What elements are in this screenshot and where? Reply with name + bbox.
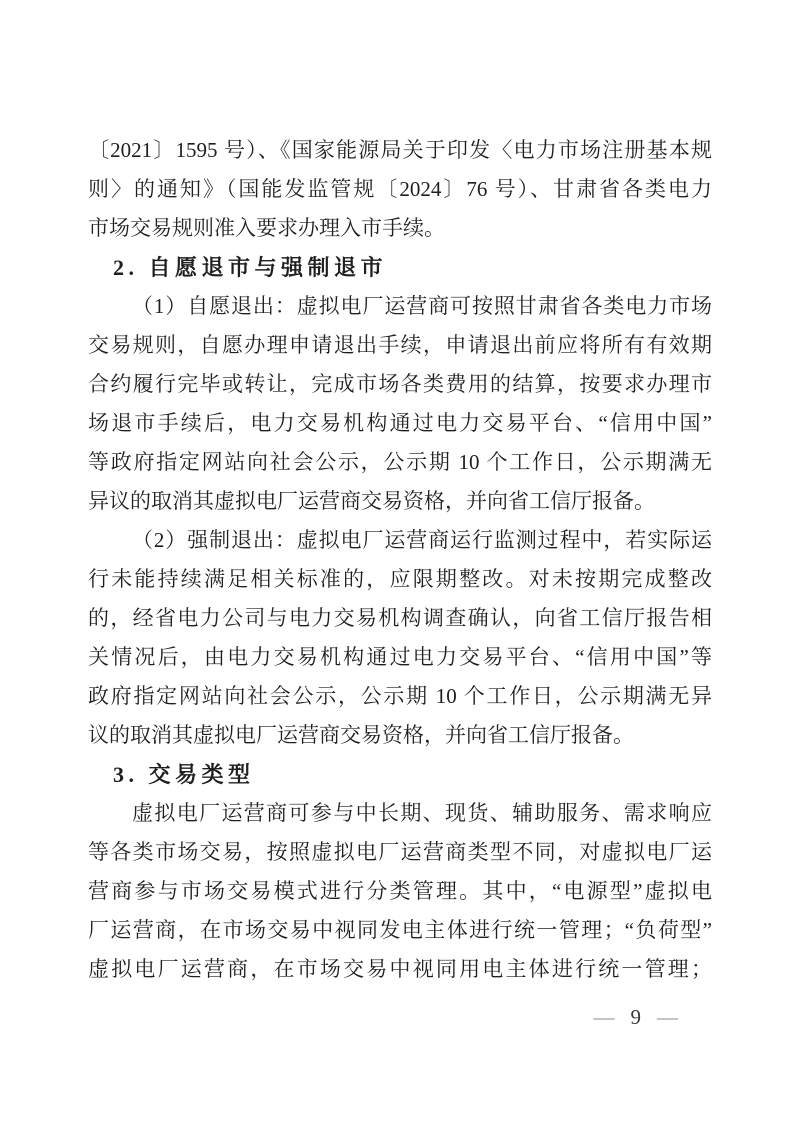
text-line: 政府指定网站向社会公示，公示期 10 个工作日，公示期满无异	[88, 677, 712, 716]
footer-right-dash: —	[657, 1002, 678, 1032]
text-line: 的，经省电力公司与电力交易机构调查确认，向省工信厅报告相	[88, 599, 712, 638]
text-line: 市场交易规则准入要求办理入市手续。	[88, 209, 712, 248]
footer-left-dash: —	[594, 1002, 615, 1032]
text-line: 虚拟电厂运营商，在市场交易中视同用电主体进行统一管理；	[88, 950, 712, 989]
text-line: 交易规则，自愿办理申请退出手续，申请退出前应将所有有效期	[88, 326, 712, 365]
page-footer: — 9 —	[594, 1002, 679, 1032]
document-body-text: 〔2021〕1595 号）、《国家能源局关于印发〈电力市场注册基本规则〉的通知》…	[88, 131, 712, 989]
text-line: 异议的取消其虚拟电厂运营商交易资格，并向省工信厅报备。	[88, 482, 712, 521]
text-line: 等各类市场交易，按照虚拟电厂运营商类型不同，对虚拟电厂运	[88, 833, 712, 872]
text-line: 厂运营商，在市场交易中视同发电主体进行统一管理；“负荷型”	[88, 911, 712, 950]
text-line: 行未能持续满足相关标准的，应限期整改。对未按期完成整改	[88, 560, 712, 599]
section-heading: 3. 交易类型	[88, 755, 712, 794]
text-line: 场退市手续后，电力交易机构通过电力交易平台、“信用中国”	[88, 404, 712, 443]
text-line: 虚拟电厂运营商可参与中长期、现货、辅助服务、需求响应	[88, 794, 712, 833]
text-line: （2）强制退出：虚拟电厂运营商运行监测过程中，若实际运	[88, 521, 712, 560]
text-line: 合约履行完毕或转让，完成市场各类费用的结算，按要求办理市	[88, 365, 712, 404]
text-line: 议的取消其虚拟电厂运营商交易资格，并向省工信厅报备。	[88, 716, 712, 755]
section-heading: 2. 自愿退市与强制退市	[88, 248, 712, 287]
text-line: 等政府指定网站向社会公示，公示期 10 个工作日，公示期满无	[88, 443, 712, 482]
text-line: 关情况后，由电力交易机构通过电力交易平台、“信用中国”等	[88, 638, 712, 677]
text-line: 则〉的通知》（国能发监管规〔2024〕76 号）、甘肃省各类电力	[88, 170, 712, 209]
text-line: （1）自愿退出：虚拟电厂运营商可按照甘肃省各类电力市场	[88, 287, 712, 326]
page-number: 9	[631, 1002, 642, 1032]
document-page: 〔2021〕1595 号）、《国家能源局关于印发〈电力市场注册基本规则〉的通知》…	[0, 0, 800, 1131]
text-line: 〔2021〕1595 号）、《国家能源局关于印发〈电力市场注册基本规	[88, 131, 712, 170]
text-line: 营商参与市场交易模式进行分类管理。其中，“电源型”虚拟电	[88, 872, 712, 911]
